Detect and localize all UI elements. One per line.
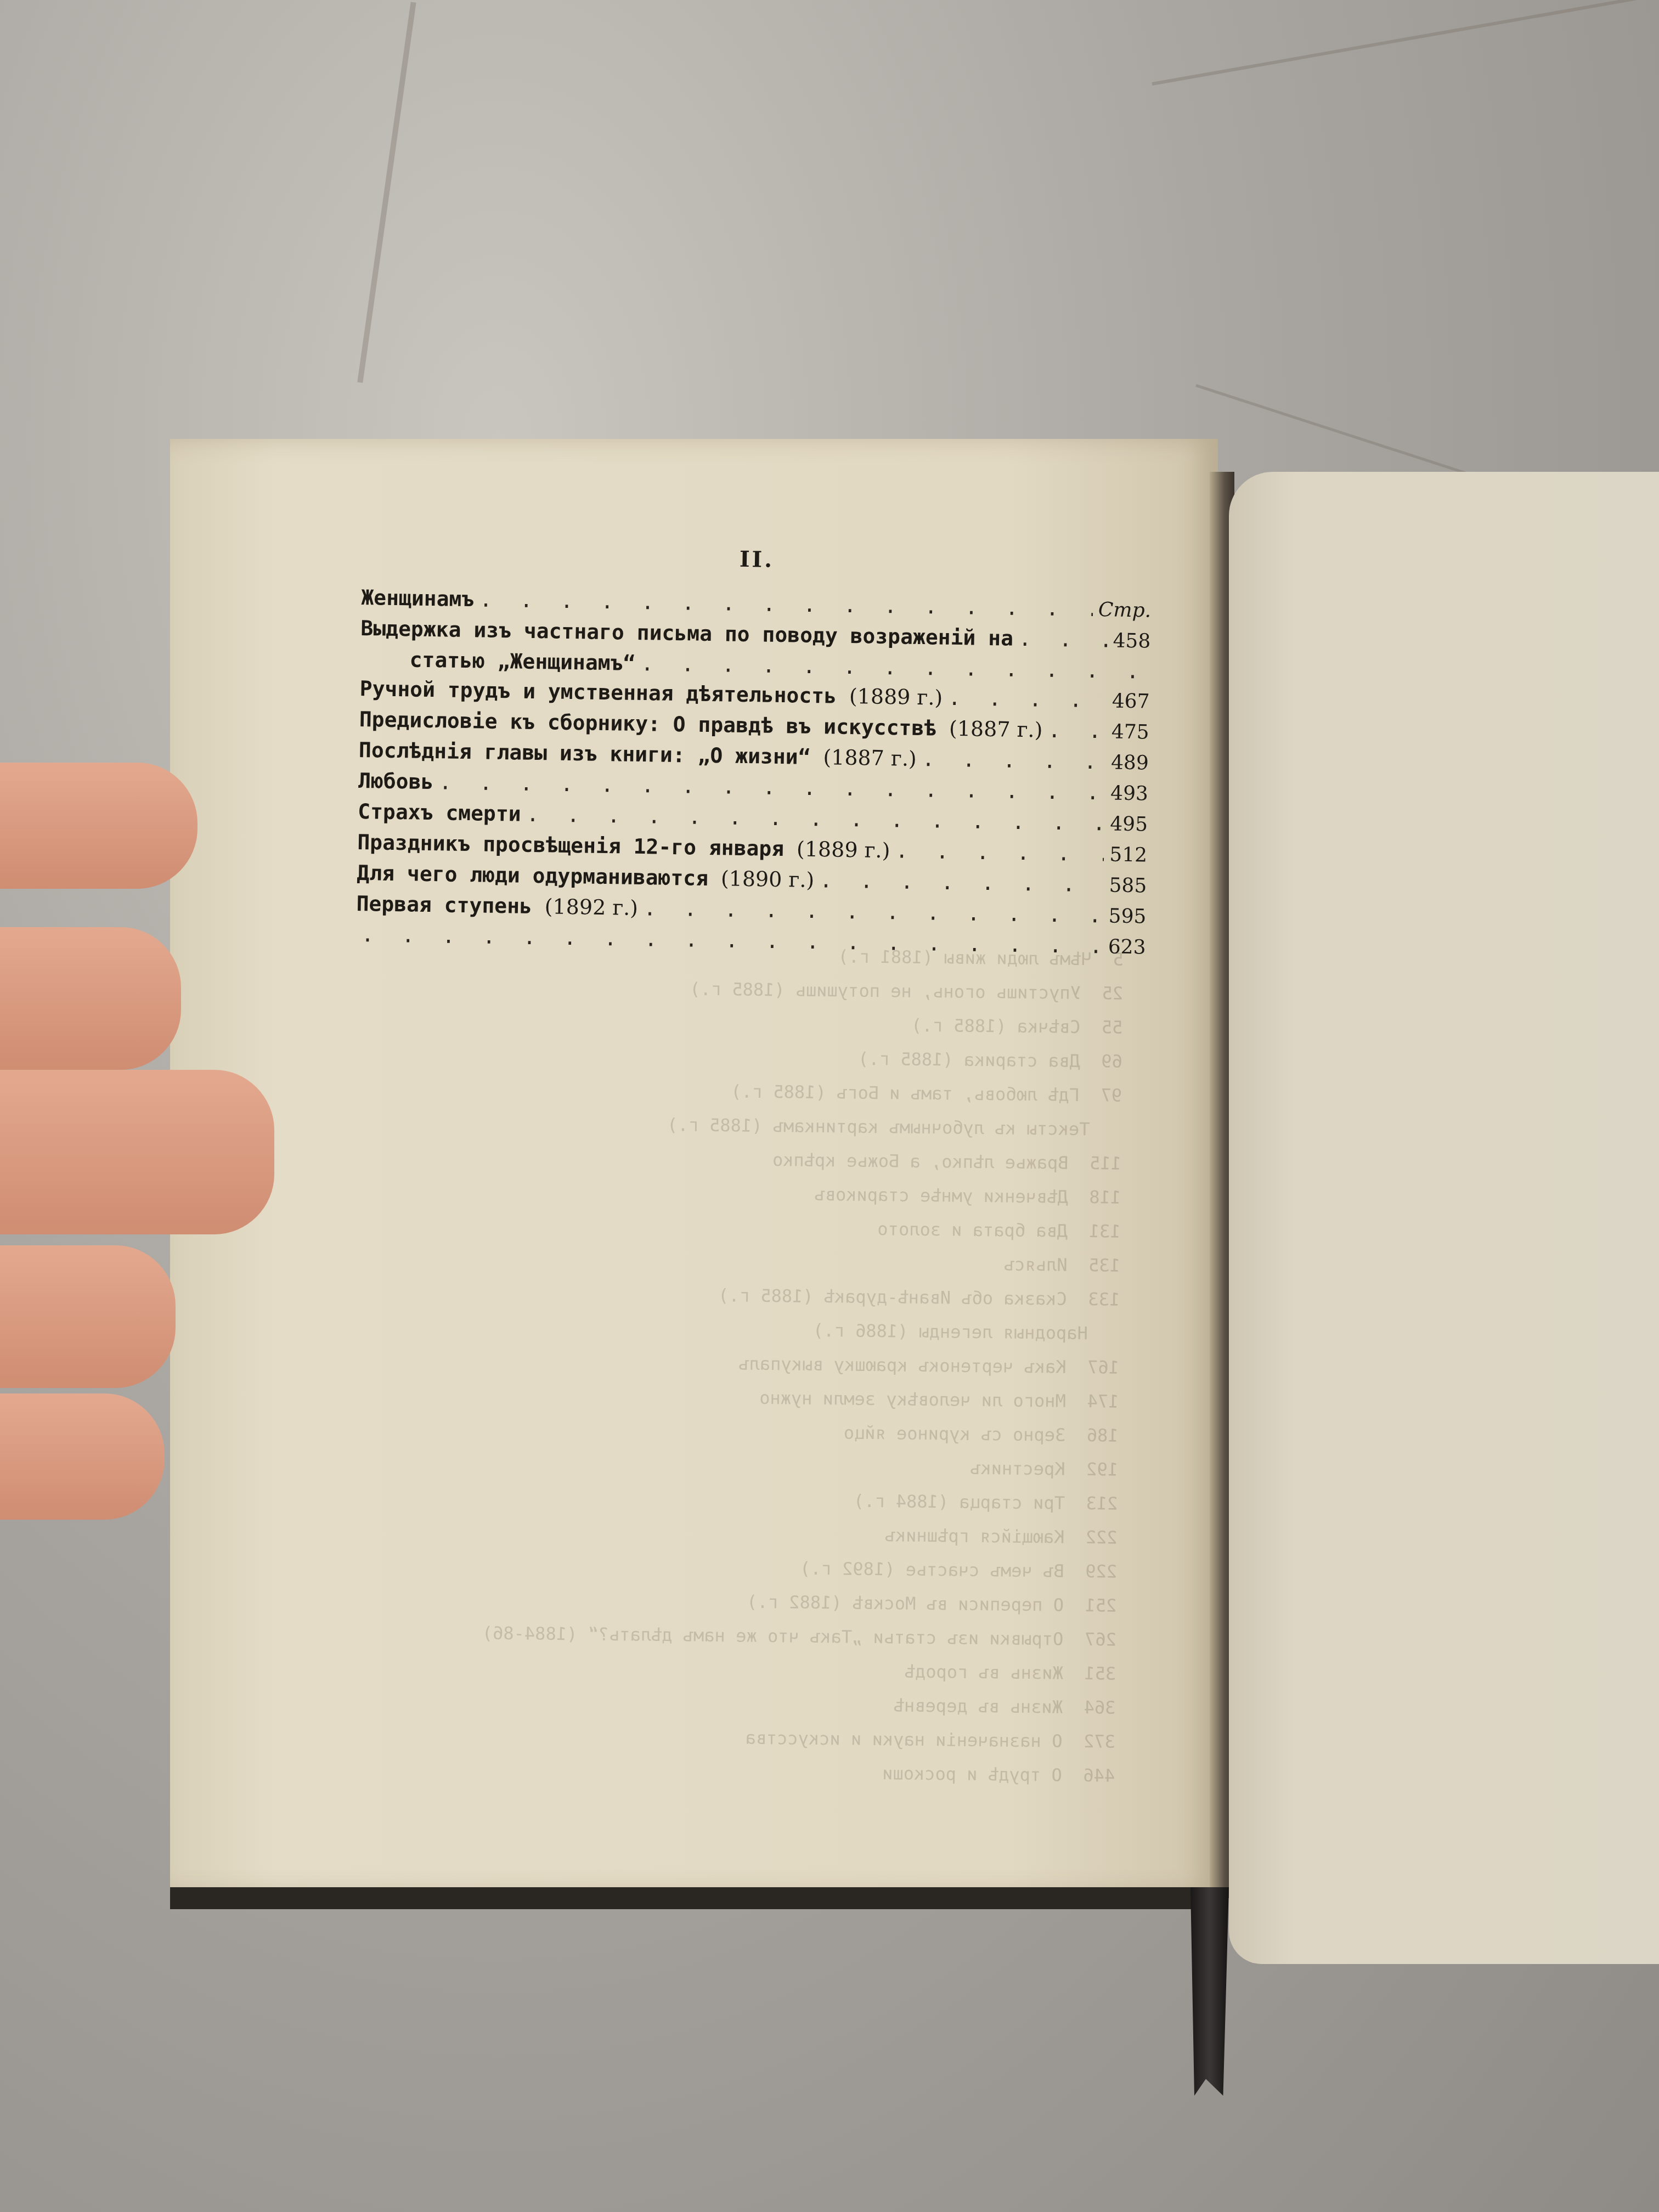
entry-page: 512 <box>1109 840 1148 870</box>
entry-page: 458 <box>1113 627 1151 657</box>
thumb <box>0 1070 274 1234</box>
hand-holding-book <box>0 763 274 1520</box>
entry-page: 595 <box>1108 901 1147 932</box>
finger <box>0 763 198 889</box>
entry-page: 623 <box>1108 932 1146 962</box>
entry-page: 467 <box>1111 687 1150 717</box>
marble-vein <box>357 2 416 383</box>
finger <box>0 1393 165 1520</box>
entry-page: 495 <box>1110 809 1148 839</box>
entry-title: Любовь <box>358 766 434 797</box>
finger <box>0 1245 176 1388</box>
entry-page: 475 <box>1111 718 1150 748</box>
entry-page: 493 <box>1110 778 1149 809</box>
dot-leader: . . . . . . . . . . . . . . . . . . . . … <box>922 744 1105 776</box>
dot-leader: . . . . . . . . . . . . . . . . . . . . … <box>1019 624 1108 655</box>
table-of-contents: II. Женщинамъ . . . . . . . . . . . . . … <box>356 540 1152 963</box>
entry-title: Страхъ смерти <box>358 797 521 829</box>
page-column-label: Стр. <box>1098 595 1152 626</box>
entry-title: Первая ступень (1892 г.) <box>356 889 638 923</box>
dot-leader: . . . . . . . . . . . . . . . . . . . . … <box>948 683 1107 715</box>
entry-title: Женщинамъ <box>361 583 475 614</box>
bleed-through-text: 5 Чѣмъ люди живы (1881 г.) 25 Упустишь о… <box>303 934 1124 1792</box>
entry-title: статью „Женщинамъ“ <box>360 644 636 678</box>
dot-leader: . . . . . . . . . . . . . . . . . . . . … <box>895 836 1104 868</box>
dot-leader: . . . . . . . . . . . . . . . . . . . . … <box>1048 715 1106 746</box>
finger <box>0 927 181 1070</box>
entry-page: 489 <box>1111 748 1149 778</box>
marble-vein <box>1152 0 1638 86</box>
dot-leader: . . . . . . . . . . . . . . . . . . . . … <box>820 865 1104 899</box>
right-page-blank <box>1229 472 1659 1964</box>
bookmark-ribbon <box>1190 1887 1229 2096</box>
entry-page: 585 <box>1109 871 1147 901</box>
book-cover-edge <box>170 1887 1212 1909</box>
